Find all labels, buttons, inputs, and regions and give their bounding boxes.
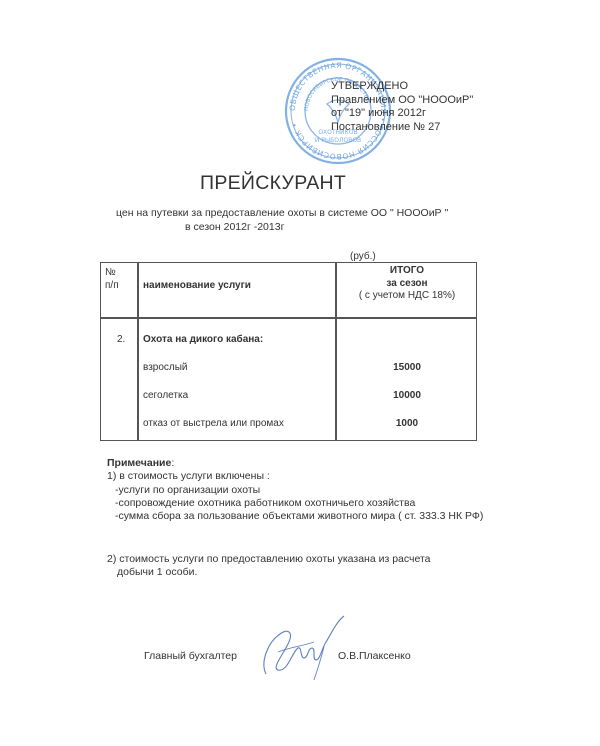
header-service: наименование услуги: [143, 280, 251, 291]
header-number-line: №: [105, 266, 119, 279]
table-divider: [101, 317, 476, 319]
note-item-line: добычи 1 особи.: [107, 566, 431, 579]
note-item-2: 2) стоимость услуги по предоставлению ох…: [107, 553, 431, 580]
season-label: в сезон 2012г -2013г: [185, 221, 284, 233]
approval-line: УТВЕРЖДЕНО: [331, 80, 473, 94]
approval-line: Постановление № 27: [331, 121, 473, 135]
document-subtitle: цен на путевки за предоставление охоты в…: [116, 207, 448, 219]
note-item: 1) в стоимость услуги включены :: [107, 470, 483, 483]
service-name: взрослый: [143, 362, 188, 373]
header-total: ИТОГО за сезон ( с учетом НДС 18%): [337, 265, 477, 303]
notes-section: Примечание: 1) в стоимость услуги включе…: [107, 457, 483, 523]
service-price: 10000: [337, 390, 477, 401]
header-number-line: п/п: [105, 279, 119, 292]
notes-heading-text: Примечание: [107, 457, 171, 469]
section-number: 2.: [117, 334, 125, 345]
document-title: ПРЕЙСКУРАНТ: [200, 172, 346, 195]
currency-unit: (руб.): [350, 251, 376, 262]
note-subitem: -сумма сбора за пользование объектами жи…: [107, 510, 483, 523]
handwritten-signature-icon: [258, 612, 348, 682]
approval-block: УТВЕРЖДЕНО Правлением ОО "НОООиР" от "19…: [331, 80, 473, 134]
note-item-line: 2) стоимость услуги по предоставлению ох…: [107, 553, 431, 566]
service-name: сеголетка: [143, 390, 188, 401]
header-total-line: ( с учетом НДС 18%): [337, 290, 477, 303]
header-number: № п/п: [105, 266, 119, 292]
section-title: Охота на дикого кабана:: [143, 334, 263, 345]
approval-line: Правлением ОО "НОООиР": [331, 94, 473, 108]
service-price: 15000: [337, 362, 477, 373]
svg-text:И РЫБОЛОВОВ: И РЫБОЛОВОВ: [315, 137, 361, 144]
notes-heading: Примечание:: [107, 457, 483, 470]
note-subitem: -услуги по организации охоты: [107, 484, 483, 497]
signatory-name: О.В.Плаксенко: [338, 650, 411, 662]
signatory-title: Главный бухгалтер: [144, 650, 237, 662]
price-table: № п/п наименование услуги ИТОГО за сезон…: [100, 262, 477, 441]
approval-line: от "19" июня 2012г: [331, 107, 473, 121]
service-price: 1000: [337, 418, 477, 429]
note-subitem: -сопровождение охотника работником охотн…: [107, 497, 483, 510]
header-total-line: ИТОГО: [337, 265, 477, 278]
service-name: отказ от выстрела или промах: [143, 418, 284, 429]
table-divider: [137, 263, 139, 440]
notes-heading-suffix: :: [171, 457, 174, 469]
header-total-line: за сезон: [337, 278, 477, 291]
